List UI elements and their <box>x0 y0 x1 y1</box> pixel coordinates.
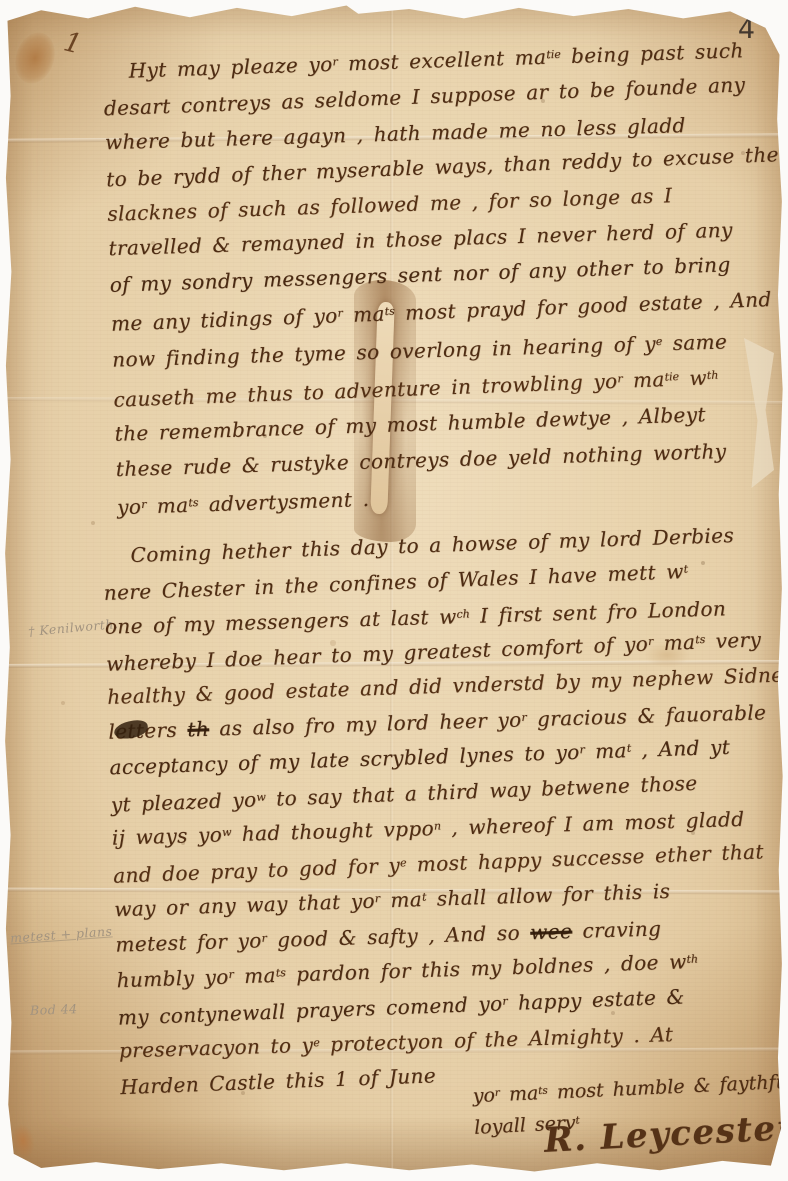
stain <box>9 27 61 88</box>
stain <box>5 1162 20 1175</box>
margin-note-shelfmark: Bod 44 <box>30 1001 78 1018</box>
stain <box>9 1122 37 1159</box>
quire-mark: 1 <box>61 26 85 60</box>
margin-note-metest: metest + plans <box>10 923 113 945</box>
letter-paragraph-2: Coming hether this day to a howse of my … <box>102 517 785 1102</box>
letter-paragraph-1: Hyt may pleaze yor most excellent matie … <box>102 30 782 526</box>
manuscript-photo: 4 1 † Kenilworth. metest + plans Bod 44 … <box>0 0 788 1181</box>
paper-sheet: 4 1 † Kenilworth. metest + plans Bod 44 … <box>2 2 785 1175</box>
foxing-specks <box>2 2 4 4</box>
